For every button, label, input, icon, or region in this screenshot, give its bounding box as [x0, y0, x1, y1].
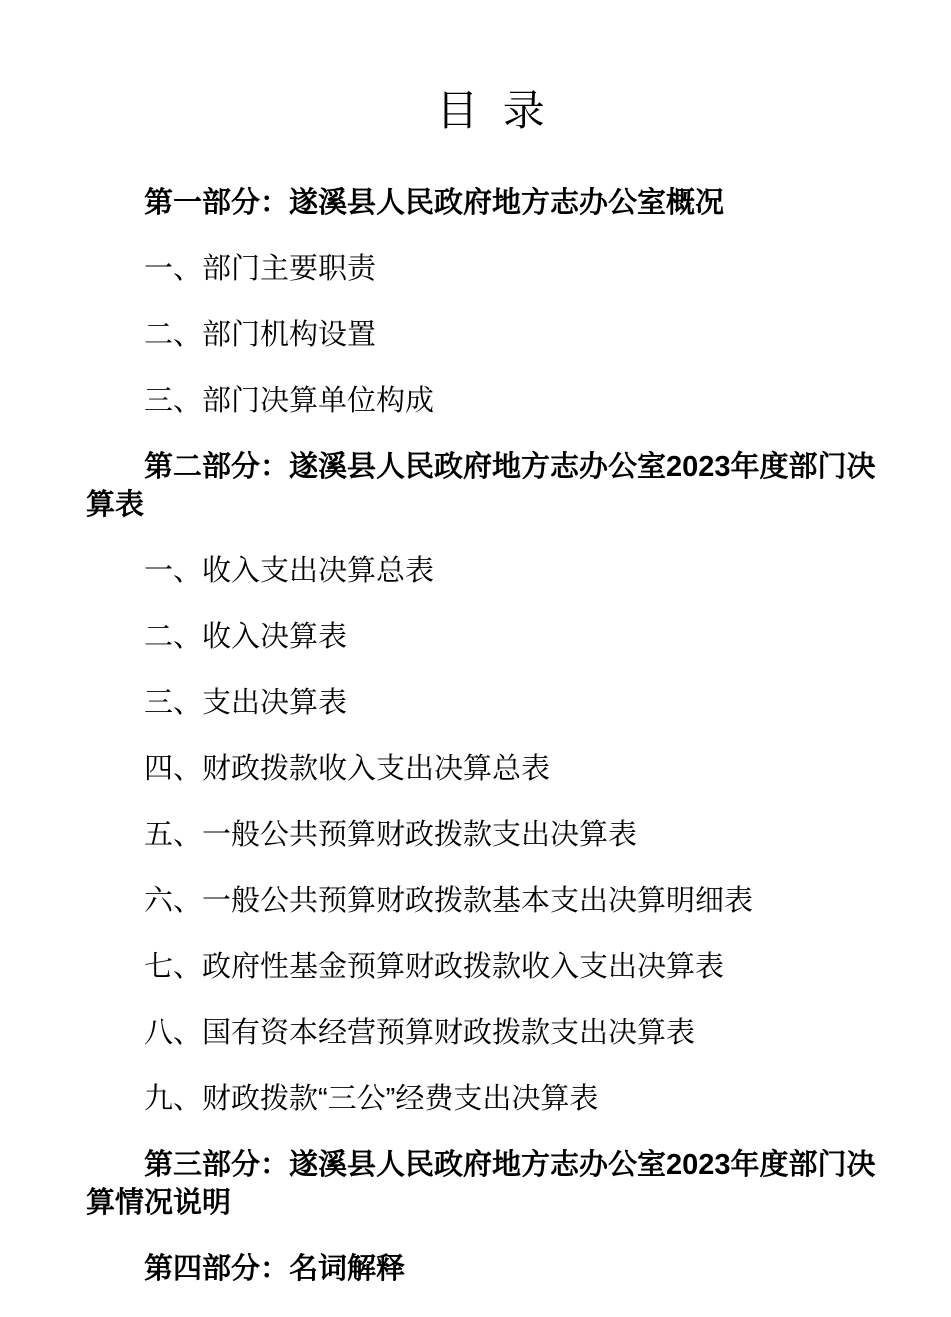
- toc-item: 六、一般公共预算财政拨款基本支出决算明细表: [86, 882, 895, 920]
- page-title: 目 录: [86, 88, 895, 136]
- toc-item: 一、部门主要职责: [86, 250, 895, 288]
- toc-item: 二、部门机构设置: [86, 316, 895, 354]
- toc-section-heading: 第一部分：遂溪县人民政府地方志办公室概况: [86, 184, 895, 222]
- toc-item: 二、收入决算表: [86, 618, 895, 656]
- toc-item: 四、财政拨款收入支出决算总表: [86, 750, 895, 788]
- table-of-contents: 第一部分：遂溪县人民政府地方志办公室概况一、部门主要职责二、部门机构设置三、部门…: [86, 184, 895, 1288]
- document-page: 目 录 第一部分：遂溪县人民政府地方志办公室概况一、部门主要职责二、部门机构设置…: [0, 0, 951, 1317]
- toc-item: 三、支出决算表: [86, 684, 895, 722]
- toc-section-heading: 第四部分：名词解释: [86, 1250, 895, 1288]
- toc-section-heading: 第二部分：遂溪县人民政府地方志办公室2023年度部门决算表: [86, 448, 895, 524]
- toc-item: 五、一般公共预算财政拨款支出决算表: [86, 816, 895, 854]
- toc-section-heading: 第三部分：遂溪县人民政府地方志办公室2023年度部门决算情况说明: [86, 1146, 895, 1222]
- toc-item: 八、国有资本经营预算财政拨款支出决算表: [86, 1014, 895, 1052]
- toc-item: 七、政府性基金预算财政拨款收入支出决算表: [86, 948, 895, 986]
- toc-item: 九、财政拨款“三公”经费支出决算表: [86, 1080, 895, 1118]
- toc-item: 三、部门决算单位构成: [86, 382, 895, 420]
- toc-item: 一、收入支出决算总表: [86, 552, 895, 590]
